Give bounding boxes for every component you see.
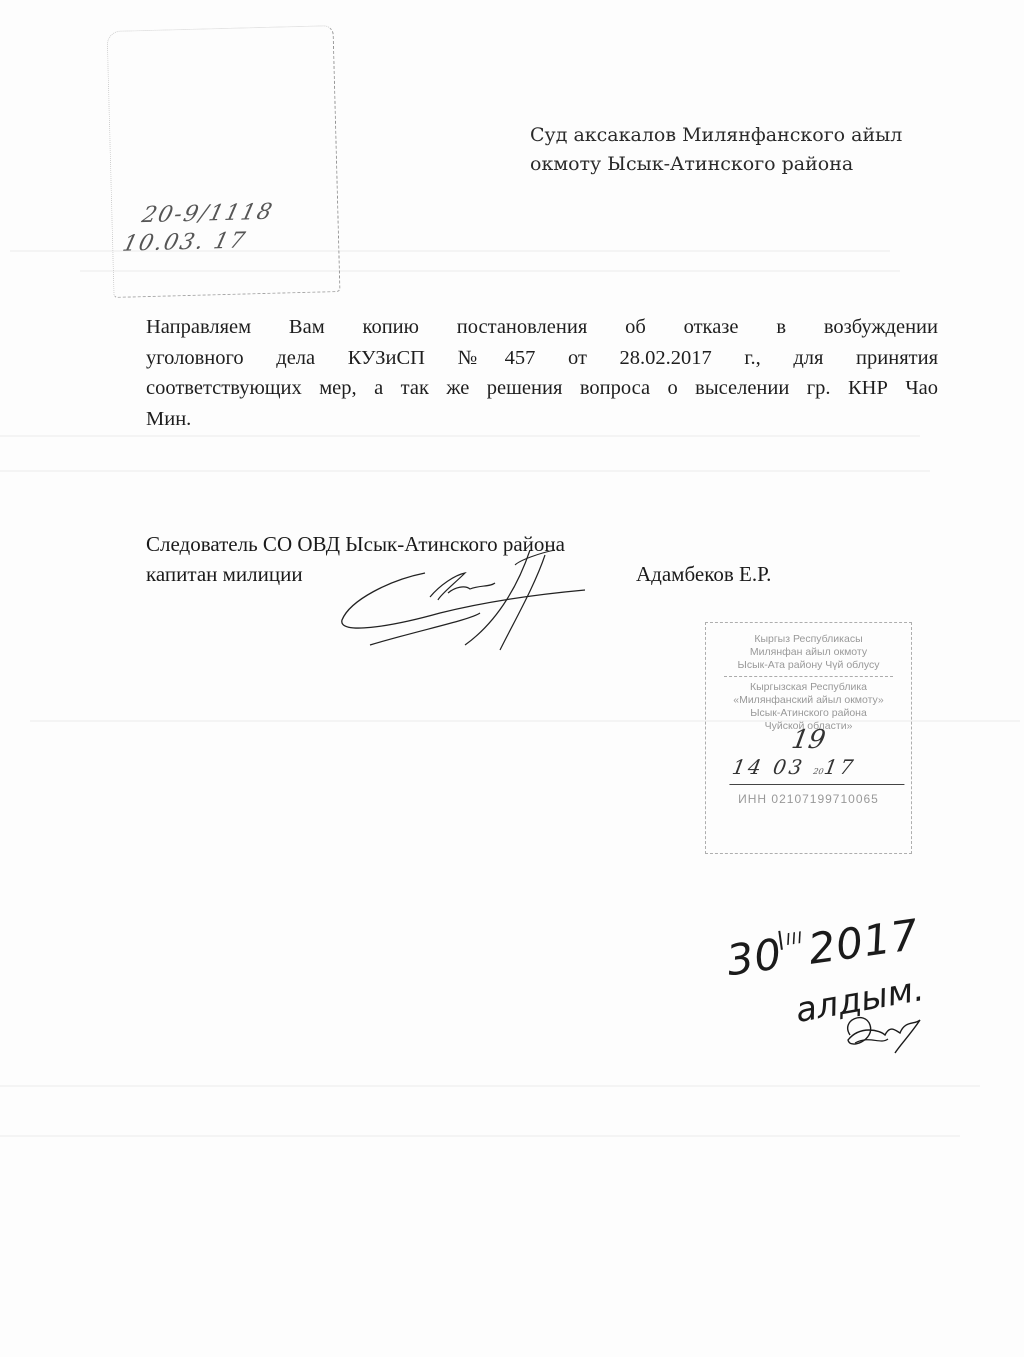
body-line: уголовного дела КУЗиСП №457 от 28.02.201… [146,343,938,374]
registration-stamp: 20-9/1118 10.03. 17 [107,25,341,298]
handwritten-signature [330,545,590,655]
document-page: 20-9/1118 10.03. 17 Суд аксакалов Милянф… [0,0,1024,1357]
incoming-stamp: Кыргыз Республикасы Милянфан айыл окмоту… [705,622,912,854]
addressee: Суд аксакалов Милянфанского айыл окмоту … [530,121,902,179]
stamp-divider [724,676,893,677]
body-line: соответствующих мер, а так же решения во… [146,373,938,404]
registration-date: 10.03. 17 [120,228,249,256]
addressee-line: Суд аксакалов Милянфанского айыл [530,121,902,150]
body-line: Направляем Вам копию постановления об от… [146,312,938,343]
signatory-rank: капитан милиции [146,559,303,589]
resolution-signature [840,1005,930,1055]
handwritten-resolution: 30III2017 алдым. [720,905,990,1055]
scan-artifact [0,1085,980,1087]
scan-artifact [0,435,920,437]
signatory-name: Адамбеков Е.Р. [636,559,771,589]
addressee-line: окмоту Ысык-Атинского района [530,150,902,179]
letter-body: Направляем Вам копию постановления об от… [146,312,938,434]
stamp-kg-text: Кыргыз Республикасы Милянфан айыл окмоту… [706,633,911,672]
incoming-date: 14 03 2017 [729,755,909,785]
scan-artifact [0,1135,960,1137]
incoming-number: 19 [704,727,914,753]
stamp-inn: ИНН 02107199710065 [706,793,911,806]
registration-number: 20-9/1118 [139,200,276,229]
scan-artifact [0,470,930,472]
body-line: Мин. [146,404,938,435]
